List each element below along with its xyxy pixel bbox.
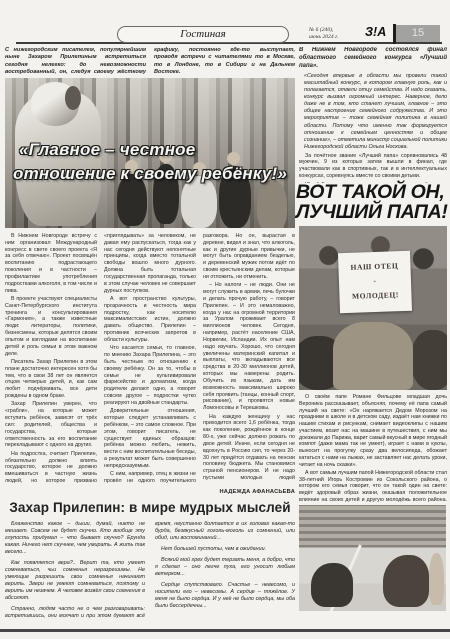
papa-headline-line1: ВОТ ТАКОЙ ОН, xyxy=(296,183,448,203)
papa-paragraph: За почётное звание «Лучший папа» соревно… xyxy=(299,153,447,180)
newspaper-page: Гостиная № 6 (240), июнь 2024 г. З!А 15 … xyxy=(0,0,450,639)
article-paragraph: Доверительные отношения, которые следует… xyxy=(104,408,196,469)
issue-number: № 6 (240), xyxy=(309,27,361,34)
papa-headline: ВОТ ТАКОЙ ОН, ЛУЧШИЙ ПАПА! xyxy=(296,183,448,222)
article-paragraph: Что касается семьи, то главное, по мнени… xyxy=(104,345,196,406)
section-title: Гостиная xyxy=(180,28,226,40)
child-silhouette xyxy=(429,553,444,605)
person-silhouette xyxy=(333,322,413,390)
papa-headline-line2: ЛУЧШИЙ ПАПА! xyxy=(296,203,448,223)
person-silhouette xyxy=(383,555,429,607)
page-number-badge: 15 xyxy=(396,25,440,42)
quote-item: Сердце спутствовало. Счастье – невесомо,… xyxy=(155,582,295,610)
quote-item: Нет большей пустоты, чем в ожидании. xyxy=(155,546,295,553)
papa-article-top: В Нижнем Новгороде состоялся финал облас… xyxy=(299,47,447,183)
person-silhouette xyxy=(411,330,447,390)
article-intro: С нижегородским писателем, популярнейшим… xyxy=(5,47,295,77)
person-silhouette xyxy=(311,563,353,607)
papa-paragraph: О своём папе Романе Фильцове младшая доч… xyxy=(299,394,447,468)
article-paragraph: – Но налоги – не люди. Они не могут служ… xyxy=(203,282,295,412)
article-paragraph: В проекте участвуют специалисты Санкт-Пе… xyxy=(5,296,97,357)
issue-date: июнь 2024 г. xyxy=(309,34,361,41)
newspaper-logo: З!А xyxy=(365,25,386,39)
audience-photo: НАШ ОТЕЦ - МОЛОДЕЦ! xyxy=(299,226,447,390)
quote-item: Всякий мой грех будет терзать меня, а до… xyxy=(155,557,295,578)
quotes-columns: Блаженство какое – дыши, думай, никто не… xyxy=(5,521,295,627)
article-paragraph: Захар Прилепин уверен, что «грабли», на … xyxy=(5,401,97,449)
sign-line3: МОЛОДЕЦ! xyxy=(339,287,411,304)
section-title-box: Гостиная xyxy=(117,26,289,43)
papa-lead: В Нижнем Новгороде состоялся финал облас… xyxy=(299,47,447,70)
main-headline-line1: «Главное – честное xyxy=(19,140,195,160)
article-paragraph: В Нижнем Новгороде встречу с ним организ… xyxy=(5,233,97,294)
article-body-columns: В Нижнем Новгороде встречу с ним организ… xyxy=(5,233,295,487)
main-headline: «Главное – честное отношение к своему ре… xyxy=(5,78,295,228)
article-paragraph: А вот пространство культуры, прозрачност… xyxy=(104,296,196,344)
main-headline-line2: отношение к своему ребёнку!» xyxy=(13,164,287,184)
papa-minister-quote: «Сегодня впервые в области мы провели та… xyxy=(299,73,447,150)
quote-item: Как появляется вера?.. Верит та, кто уме… xyxy=(5,560,145,602)
quotes-section-title: Захар Прилепин: в мире мудрых мыслей xyxy=(5,500,295,515)
footer-rule xyxy=(0,629,450,632)
article-byline: НАДЕЖДА АФАНАСЬЕВА xyxy=(150,489,295,495)
papa-article-bottom: О своём папе Романе Фильцове младшая доч… xyxy=(299,394,447,502)
issue-info: № 6 (240), июнь 2024 г. xyxy=(309,27,361,42)
family-forest-photo: «Главное – честное отношение к своему ре… xyxy=(5,78,295,228)
papa-paragraph: А вот самым лучшим папой Нижегородской о… xyxy=(299,470,447,502)
article-paragraph: Писатель Захар Прилепин в этом плане дос… xyxy=(5,359,97,400)
our-father-sign: НАШ ОТЕЦ - МОЛОДЕЦ! xyxy=(338,251,412,313)
quote-item: Блаженство какое – дыши, думай, никто не… xyxy=(5,521,145,556)
gym-competition-photo xyxy=(299,505,446,611)
